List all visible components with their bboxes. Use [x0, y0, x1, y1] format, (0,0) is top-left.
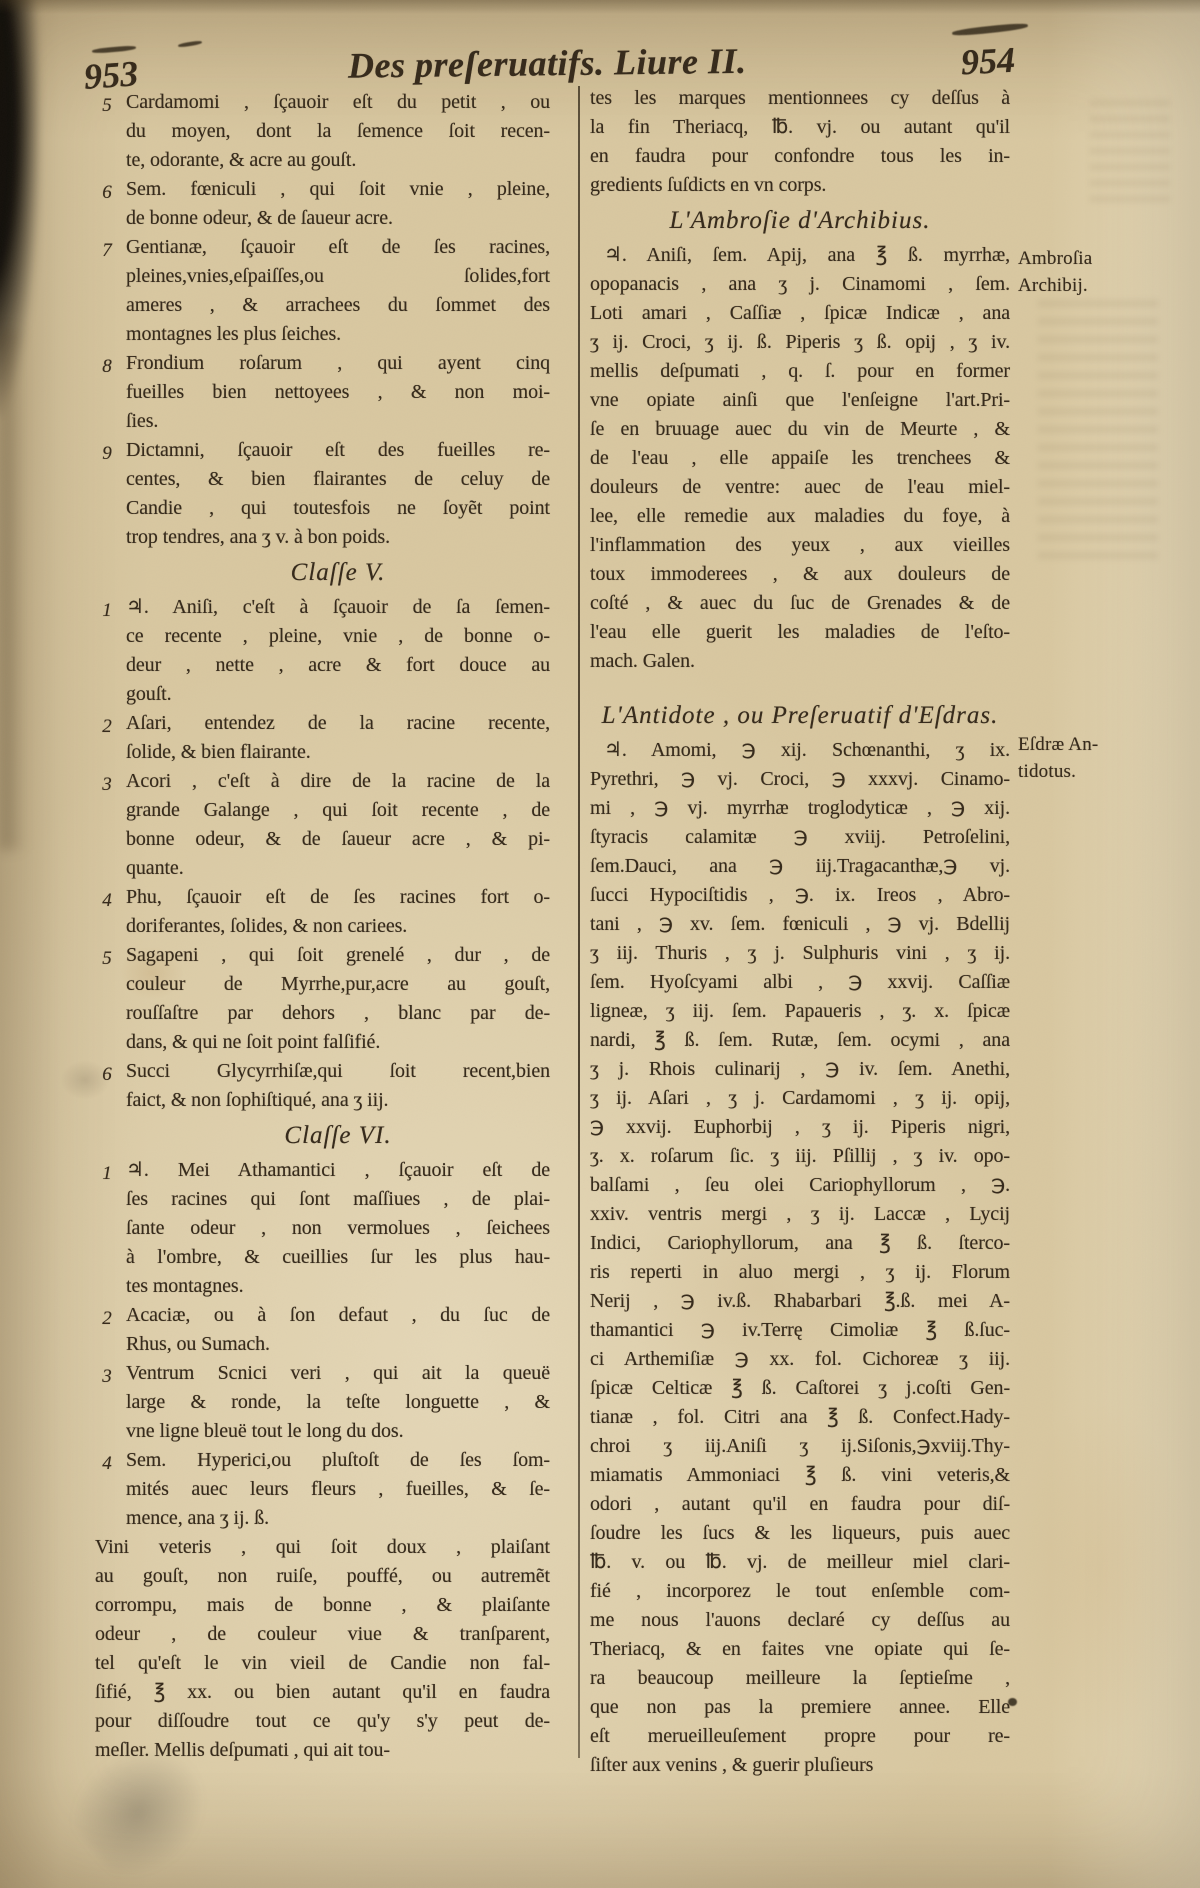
text-line: Loti amari , Caſſiæ , ſpicæ Indicæ , ana	[590, 299, 1010, 328]
pen-mark	[952, 22, 1028, 37]
text-line: chroi ʒ iij.Aniſi ʒ ij.Siſonis,℈xviij.Th…	[590, 1432, 1010, 1461]
text-line: ʒ ij. Aſari , ʒ j. Cardamomi , ʒ ij. opi…	[590, 1084, 1010, 1113]
text-line: ſiſter aux venins , & guerir pluſieurs	[590, 1751, 1010, 1780]
item-number: 9	[96, 439, 118, 468]
numbered-item: 1♃. Mei Athamantici , ſçauoir eſt deſes …	[126, 1156, 550, 1301]
paragraph: ♃. Aniſi, ſem. Apij, ana ℥ ß. myrrhæ,opo…	[590, 241, 1010, 676]
text-line: ſucci Hypociſtidis , ℈. ix. Ireos , Abro…	[590, 881, 1010, 910]
text-line: la fin Theriacq, ℔. vj. ou autant qu'il	[590, 113, 1010, 142]
item-number: 7	[96, 236, 118, 265]
text-line: balſami , ſeu olei Cariophyllorum , ℈.	[590, 1171, 1010, 1200]
text-line: thamantici ℈ iv.Terrę Cimoliæ ℥ ß.ſuc-	[590, 1316, 1010, 1345]
text-line: ʒ j. Rhois culinarij , ℈ iv. ſem. Anethi…	[590, 1055, 1010, 1084]
text-line: vne opiate ainſi que l'enſeigne l'art.Pr…	[590, 386, 1010, 415]
item-number: 4	[96, 1449, 118, 1478]
text-line: odori , autant qu'il en faudra pour diſ-	[590, 1490, 1010, 1519]
numbered-item: 3Ventrum Scnici veri , qui ait la queuël…	[126, 1359, 550, 1446]
text-line: xxiv. ventris mergi , ʒ ij. Laccæ , Lyci…	[590, 1200, 1010, 1229]
section-heading: L'Ambroſie d'Archibius.	[590, 206, 1010, 235]
text-line: tes montagnes.	[126, 1272, 550, 1301]
numbered-item: 1♃. Aniſi, c'eſt à ſçauoir de ſa ſemen-c…	[126, 593, 550, 709]
numbered-item: 7Gentianæ, ſçauoir eſt de ſes racines,pl…	[126, 233, 550, 349]
text-line: lee, elle remedie aux maladies du foye, …	[590, 502, 1010, 531]
running-head: Des preſeruatifs. Liure II.	[348, 39, 788, 86]
spine-shadow-soft	[0, 330, 26, 850]
numbered-item: 6Succi Glycyrrhiſæ,qui ſoit recent,bienf…	[126, 1057, 550, 1115]
text-line: ſtyracis calamitæ ℈ xviij. Petroſelini,	[590, 823, 1010, 852]
text-line: rouſſaſtre par dehors , blanc par de-	[126, 999, 550, 1028]
text-line: l'eau elle guerit les maladies de l'eſto…	[590, 618, 1010, 647]
text-line: Sem. Hyperici,ou pluſtoſt de ſes ſom-	[126, 1446, 550, 1475]
text-line: Succi Glycyrrhiſæ,qui ſoit recent,bien	[126, 1057, 550, 1086]
numbered-item: 2Aſari, entendez de la racine recente,ſo…	[126, 709, 550, 767]
text-line: en faudra pour confondre tous les in-	[590, 142, 1010, 171]
text-line: douleurs de ventre: auec de l'eau miel-	[590, 473, 1010, 502]
item-number: 5	[96, 91, 118, 120]
section-heading: L'Antidote , ou Preſeruatif d'Eſdras.	[590, 701, 1010, 730]
text-line: au gouſt, non ruiſe, pouffé, ou autremẽt	[95, 1562, 550, 1591]
text-line: ſolide, & bien flairante.	[126, 738, 550, 767]
text-line: ameres , & arrachees du ſommet des	[126, 291, 550, 320]
numbered-item: 3Acori , c'eſt à dire de la racine de la…	[126, 767, 550, 883]
text-line: ſante odeur , non vermolues , ſeichees	[126, 1214, 550, 1243]
text-line: ʒ ij. Croci, ʒ ij. ß. Piperis ʒ ß. opij …	[590, 328, 1010, 357]
text-line: ſifié, ℥ xx. ou bien autant qu'il en fau…	[95, 1678, 550, 1707]
text-line: gouſt.	[126, 680, 550, 709]
text-line: Gentianæ, ſçauoir eſt de ſes racines,	[126, 233, 550, 262]
text-line: mi , ℈ vj. myrrhæ troglodyticæ , ℈ xij.	[590, 794, 1010, 823]
text-line: pour diſſoudre tout ce qu'y s'y peut de-	[95, 1707, 550, 1736]
right-text-column: tes les marques mentionnees cy deſſus àl…	[590, 84, 1010, 1780]
item-number: 8	[96, 352, 118, 381]
text-line: ſe en bruuage auec du vin de Meurte , &	[590, 415, 1010, 444]
text-line: coſté , & auec du ſuc de Grenades & de	[590, 589, 1010, 618]
item-number: 1	[96, 596, 118, 625]
text-line: tani , ℈ xv. ſem. fœniculi , ℈ vj. Bdell…	[590, 910, 1010, 939]
numbered-item: 2Acaciæ, ou à ſon defaut , du ſuc deRhus…	[126, 1301, 550, 1359]
column-divider-rule	[578, 86, 580, 1758]
text-line: Rhus, ou Sumach.	[126, 1330, 550, 1359]
text-line: ce recente , pleine, vnie , de bonne o-	[126, 622, 550, 651]
text-line: Candie , qui toutesfois ne ſoyẽt point	[126, 494, 550, 523]
numbered-item: 9Dictamni, ſçauoir eſt des fueilles re-c…	[126, 436, 550, 552]
text-line: du moyen, dont la ſemence ſoit recen-	[126, 117, 550, 146]
text-line: couleur de Myrrhe,pur,acre au gouſt,	[126, 970, 550, 999]
spine-shadow	[0, 0, 40, 416]
text-line: fié , incorporez le tout enſemble com-	[590, 1577, 1010, 1606]
pen-mark	[178, 40, 202, 48]
text-line: tianæ , fol. Citri ana ℥ ß. Confect.Hady…	[590, 1403, 1010, 1432]
text-line: à l'ombre, & cueillies ſur les plus hau-	[126, 1243, 550, 1272]
text-line: nardi, ℥ ß. ſem. Rutæ, ſem. ocymi , ana	[590, 1026, 1010, 1055]
text-line: corrompu, mais de bonne , & plaiſante	[95, 1591, 550, 1620]
text-line: de l'eau , elle appaiſe les trenchees &	[590, 444, 1010, 473]
paragraph: tes les marques mentionnees cy deſſus àl…	[590, 84, 1010, 200]
text-line: Sem. fœniculi , qui ſoit vnie , pleine,	[126, 175, 550, 204]
numbered-item: 5Sagapeni , qui ſoit grenelé , dur , dec…	[126, 941, 550, 1057]
margin-note-line: Eſdræ An-	[1018, 732, 1178, 759]
item-number: 6	[96, 178, 118, 207]
paragraph: ♃. Amomi, ℈ xij. Schœnanthi, ʒ ix.Pyreth…	[590, 736, 1010, 1780]
text-line: doriferantes, ſolides, & non cariees.	[126, 912, 550, 941]
text-line: me nous l'auons declaré cy deſſus au	[590, 1606, 1010, 1635]
text-line: l'inflammation des yeux , aux vieilles	[590, 531, 1010, 560]
margin-note-esdrae: Eſdræ An- tidotus.	[1018, 732, 1178, 785]
ink-bleedthrough	[1038, 300, 1158, 560]
item-number: 2	[96, 712, 118, 741]
text-line: grande Galange , qui ſoit recente , de	[126, 796, 550, 825]
text-line: Cardamomi , ſçauoir eſt du petit , ou	[126, 88, 550, 117]
margin-note-line: Archibij.	[1018, 273, 1178, 300]
text-line: opopanacis , ana ʒ j. Cinamomi , ſem.	[590, 270, 1010, 299]
numbered-item: 6Sem. fœniculi , qui ſoit vnie , pleine,…	[126, 175, 550, 233]
text-line: bonne odeur, & de ſaueur acre , & pi-	[126, 825, 550, 854]
text-line: ʒ iij. Thuris , ʒ j. Sulphuris vini , ʒ …	[590, 939, 1010, 968]
text-line: Nerij , ℈ iv.ß. Rhabarbari ℥.ß. mei A-	[590, 1287, 1010, 1316]
text-line: mence, ana ʒ ij. ß.	[126, 1504, 550, 1533]
numbered-item: 4Sem. Hyperici,ou pluſtoſt de ſes ſom-mi…	[126, 1446, 550, 1533]
text-line: large & ronde, la teſte longuette , &	[126, 1388, 550, 1417]
paragraph: Vini veteris , qui ſoit doux , plaiſanta…	[95, 1533, 550, 1765]
text-line: Vini veteris , qui ſoit doux , plaiſant	[95, 1533, 550, 1562]
numbered-item: 4Phu, ſçauoir eſt de ſes racines fort o-…	[126, 883, 550, 941]
text-line: dans, & qui ne ſoit point falſifié.	[126, 1028, 550, 1057]
text-line: que non pas la premiere annee. Elle	[590, 1693, 1010, 1722]
text-line: ſoudre les ſucs & les liqueurs, puis aue…	[590, 1519, 1010, 1548]
text-line: tel qu'eſt le vin vieil de Candie non fa…	[95, 1649, 550, 1678]
top-edge-shade	[0, 0, 1200, 14]
text-line: ris reperti in aluo mergi , ʒ ij. Florum	[590, 1258, 1010, 1287]
text-line: vne ligne bleuë tout le long du dos.	[126, 1417, 550, 1446]
text-line: Pyrethri, ℈ vj. Croci, ℈ xxxvj. Cinamo-	[590, 765, 1010, 794]
margin-note-ambrosia: Ambroſia Archibij.	[1018, 246, 1178, 299]
paper-stain	[1010, 1400, 1190, 1740]
text-line: gredients ſuſdicts en vn corps.	[590, 171, 1010, 200]
text-line: de bonne odeur, & de ſaueur acre.	[126, 204, 550, 233]
text-line: ♃. Mei Athamantici , ſçauoir eſt de	[126, 1156, 550, 1185]
margin-note-line: tidotus.	[1018, 759, 1178, 786]
text-line: ſem. Hyoſcyami albi , ℈ xxvij. Caſſiæ	[590, 968, 1010, 997]
item-number: 6	[96, 1060, 118, 1089]
text-line: deur , nette , acre & fort douce au	[126, 651, 550, 680]
text-line: ra beaucoup meilleure la ſeptieſme ,	[590, 1664, 1010, 1693]
text-line: ♃. Aniſi, c'eſt à ſçauoir de ſa ſemen-	[126, 593, 550, 622]
ink-bleedthrough	[1090, 100, 1170, 210]
text-line: meſler. Mellis deſpumati , qui ait tou-	[95, 1736, 550, 1765]
item-number: 3	[96, 1362, 118, 1391]
text-line: ʒ. x. roſarum ſic. ʒ iij. Pſillij , ʒ iv…	[590, 1142, 1010, 1171]
item-number: 4	[96, 886, 118, 915]
text-line: Ventrum Scnici veri , qui ait la queuë	[126, 1359, 550, 1388]
text-line: Indici, Cariophyllorum, ana ℥ ß. ſterco-	[590, 1229, 1010, 1258]
item-number: 1	[96, 1159, 118, 1188]
text-line: Acori , c'eſt à dire de la racine de la	[126, 767, 550, 796]
text-line: Frondium roſarum , qui ayent cinq	[126, 349, 550, 378]
text-line: ſies.	[126, 407, 550, 436]
text-line: pleines,vnies,eſpaiſſes,ou ſolides,fort	[126, 262, 550, 291]
section-heading: Claſſe VI.	[126, 1121, 550, 1150]
numbered-item: 5Cardamomi , ſçauoir eſt du petit , oudu…	[126, 88, 550, 175]
text-line: te, odorante, & acre au gouſt.	[126, 146, 550, 175]
text-line: ℔. v. ou ℔. vj. de meilleur miel clari-	[590, 1548, 1010, 1577]
text-line: Aſari, entendez de la racine recente,	[126, 709, 550, 738]
text-line: ſpicæ Celticæ ℥ ß. Caſtorei ʒ j.coſti Ge…	[590, 1374, 1010, 1403]
book-page-scan: Des preſeruatifs. Liure II. 953 954 5Car…	[0, 0, 1200, 1888]
text-line: trop tendres, ana ʒ v. à bon poids.	[126, 523, 550, 552]
text-line: tes les marques mentionnees cy deſſus à	[590, 84, 1010, 113]
text-line: odeur , de couleur viue & tranſparent,	[95, 1620, 550, 1649]
text-line: quante.	[126, 854, 550, 883]
text-line: toux immoderees , & aux douleurs de	[590, 560, 1010, 589]
text-line: Phu, ſçauoir eſt de ſes racines fort o-	[126, 883, 550, 912]
text-line: ſes racines qui ſont maſſiues , de plai-	[126, 1185, 550, 1214]
text-line: miamatis Ammoniaci ℥ ß. vini veteris,&	[590, 1461, 1010, 1490]
text-line: Dictamni, ſçauoir eſt des fueilles re-	[126, 436, 550, 465]
text-line: montagnes les plus ſeiches.	[126, 320, 550, 349]
text-line: ℈ xxvij. Euphorbij , ʒ ij. Piperis nigri…	[590, 1113, 1010, 1142]
page-number-right: 954	[960, 39, 1016, 84]
text-line: ligneæ, ʒ iij. ſem. Papaueris , ʒ. x. ſp…	[590, 997, 1010, 1026]
left-text-column: 5Cardamomi , ſçauoir eſt du petit , oudu…	[126, 88, 550, 1765]
text-line: ♃. Amomi, ℈ xij. Schœnanthi, ʒ ix.	[590, 736, 1010, 765]
text-line: fueilles bien nettoyees , & non moi-	[126, 378, 550, 407]
section-heading: Claſſe V.	[126, 558, 550, 587]
item-number: 3	[96, 770, 118, 799]
text-line: centes, & bien flairantes de celuy de	[126, 465, 550, 494]
text-line: ♃. Aniſi, ſem. Apij, ana ℥ ß. myrrhæ,	[590, 241, 1010, 270]
item-number: 2	[96, 1304, 118, 1333]
text-line: mellis deſpumati , q. ſ. pour en former	[590, 357, 1010, 386]
text-line: Acaciæ, ou à ſon defaut , du ſuc de	[126, 1301, 550, 1330]
numbered-item: 8Frondium roſarum , qui ayent cinqfueill…	[126, 349, 550, 436]
margin-note-line: Ambroſia	[1018, 246, 1178, 273]
text-line: mach. Galen.	[590, 647, 1010, 676]
text-line: ci Arthemiſiæ ℈ xx. fol. Cichoreæ ʒ iij.	[590, 1345, 1010, 1374]
text-line: faict, & non ſophiſtiqué, ana ʒ iij.	[126, 1086, 550, 1115]
text-line: Sagapeni , qui ſoit grenelé , dur , de	[126, 941, 550, 970]
text-line: mités auec leurs fleurs , fueilles, & ſe…	[126, 1475, 550, 1504]
text-line: Theriacq, & en faites vne opiate qui ſe-	[590, 1635, 1010, 1664]
text-line: ſem.Dauci, ana ℈ iij.Tragacanthæ,℈ vj.	[590, 852, 1010, 881]
text-line: eſt merueilleuſement propre pour re-	[590, 1722, 1010, 1751]
item-number: 5	[96, 944, 118, 973]
